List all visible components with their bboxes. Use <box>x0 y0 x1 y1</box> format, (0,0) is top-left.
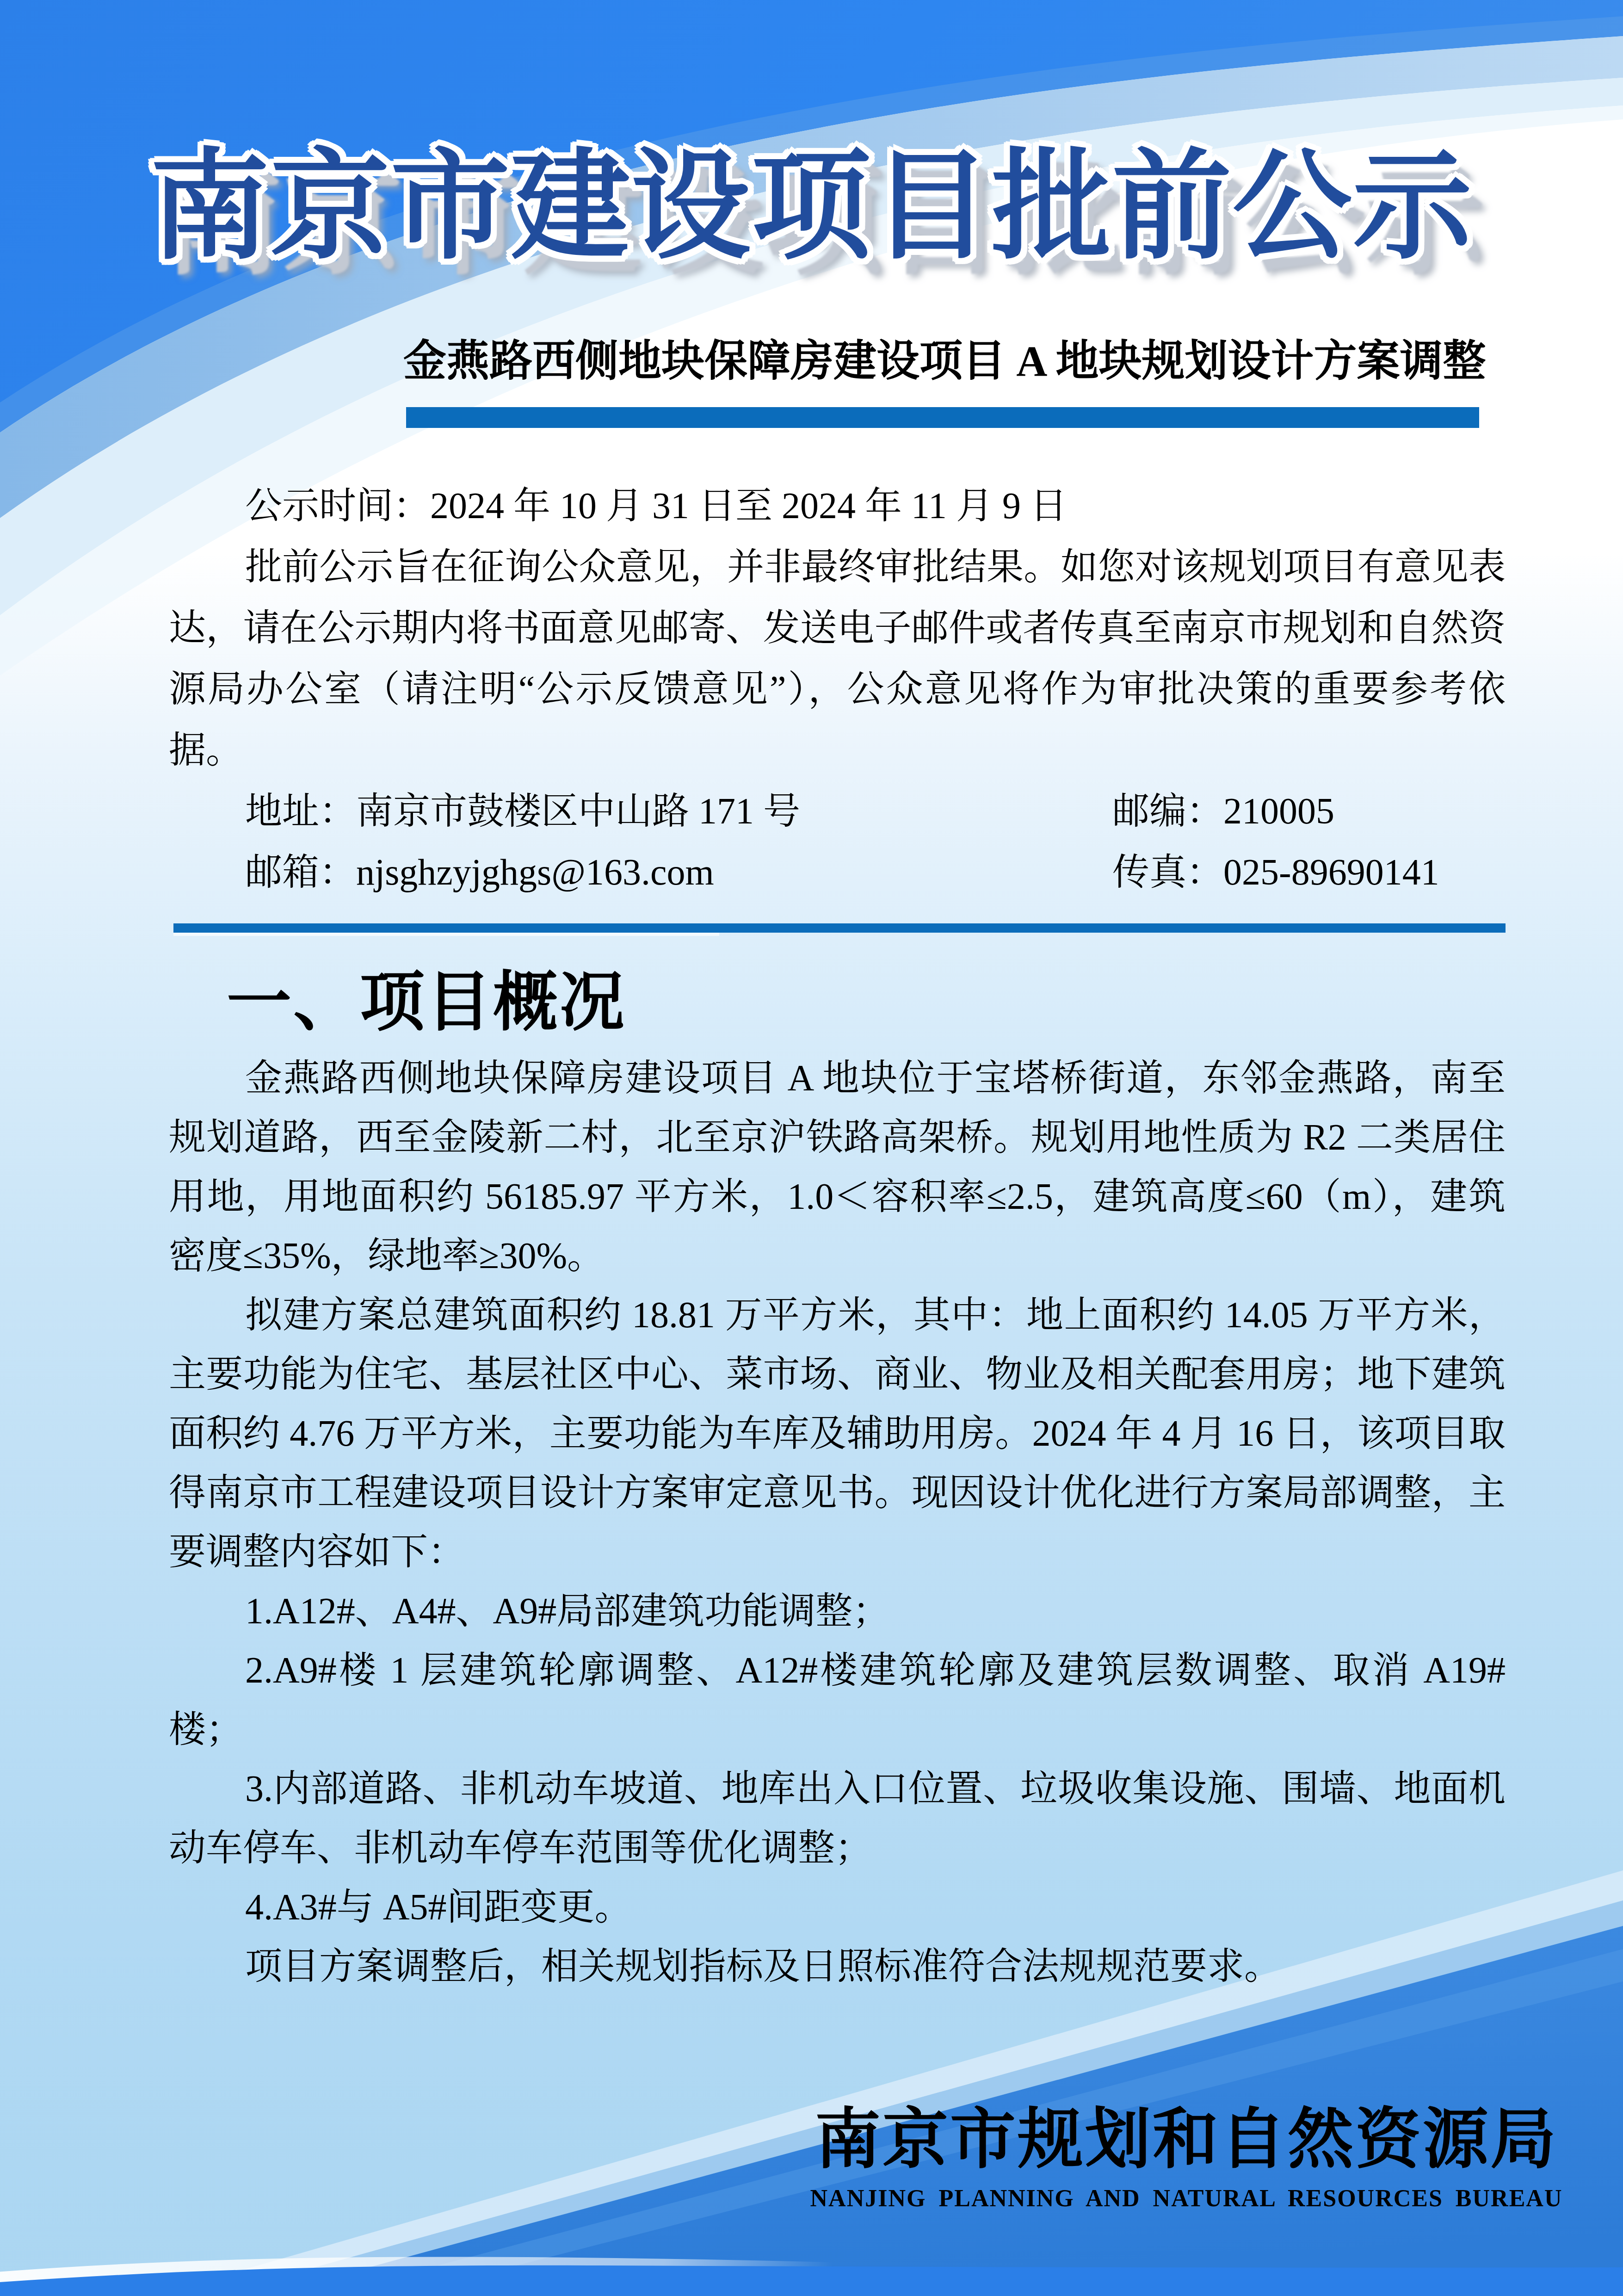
contact-address: 地址：南京市鼓楼区中山路 171 号 <box>169 781 1112 842</box>
publicity-period: 公示时间：2024 年 10 月 31 日至 2024 年 11 月 9 日 <box>169 476 1506 537</box>
project-overview-section: 一、项目概况 金燕路西侧地块保障房建设项目 A 地块位于宝塔桥街道，东邻金燕路，… <box>169 961 1506 1996</box>
bottom-blue-strip <box>0 2265 1623 2296</box>
adjustment-item-3: 3.内部道路、非机动车坡道、地库出入口位置、垃圾收集设施、围墙、地面机动车停车、… <box>169 1759 1506 1878</box>
contact-row-address: 地址：南京市鼓楼区中山路 171 号 邮编：210005 <box>169 781 1506 842</box>
contact-fax: 传真：025-89690141 <box>1112 842 1506 903</box>
adjustment-item-2: 2.A9#楼 1 层建筑轮廓调整、A12#楼建筑轮廓及建筑层数调整、取消 A19… <box>169 1641 1506 1759</box>
section-divider-bar <box>173 923 1506 933</box>
contact-row-email: 邮箱：njsghzyjghgs@163.com 传真：025-89690141 <box>169 842 1506 903</box>
public-notice-poster: 南京市建设项目批前公示 金燕路西侧地块保障房建设项目 A 地块规划设计方案调整 … <box>0 0 1623 2296</box>
notice-intro: 批前公示旨在征询公众意见，并非最终审批结果。如您对该规划项目有意见表达，请在公示… <box>169 537 1506 781</box>
adjustment-item-1: 1.A12#、A4#、A9#局部建筑功能调整； <box>169 1582 1506 1641</box>
notice-block: 公示时间：2024 年 10 月 31 日至 2024 年 11 月 9 日 批… <box>169 476 1506 903</box>
bureau-name-cn: 南京市规划和自然资源局 <box>786 2100 1586 2179</box>
adjustment-item-4: 4.A3#与 A5#间距变更。 <box>169 1878 1506 1937</box>
page-title: 南京市建设项目批前公示 <box>0 139 1623 276</box>
subtitle-underline-bar <box>406 407 1479 428</box>
section-divider-highlight <box>173 933 719 936</box>
bureau-name-en: NANJING PLANNING AND NATURAL RESOURCES B… <box>786 2185 1586 2213</box>
section-heading: 一、项目概况 <box>169 961 1506 1042</box>
overview-paragraph-1: 金燕路西侧地块保障房建设项目 A 地块位于宝塔桥街道，东邻金燕路，南至规划道路，… <box>169 1049 1506 1286</box>
contact-email: 邮箱：njsghzyjghgs@163.com <box>169 842 1112 903</box>
closing-statement: 项目方案调整后，相关规划指标及日照标准符合法规规范要求。 <box>169 1937 1506 1996</box>
project-subtitle: 金燕路西侧地块保障房建设项目 A 地块规划设计方案调整 <box>403 329 1481 394</box>
overview-paragraph-2: 拟建方案总建筑面积约 18.81 万平方米，其中：地上面积约 14.05 万平方… <box>169 1286 1506 1582</box>
contact-postcode: 邮编：210005 <box>1112 781 1506 842</box>
